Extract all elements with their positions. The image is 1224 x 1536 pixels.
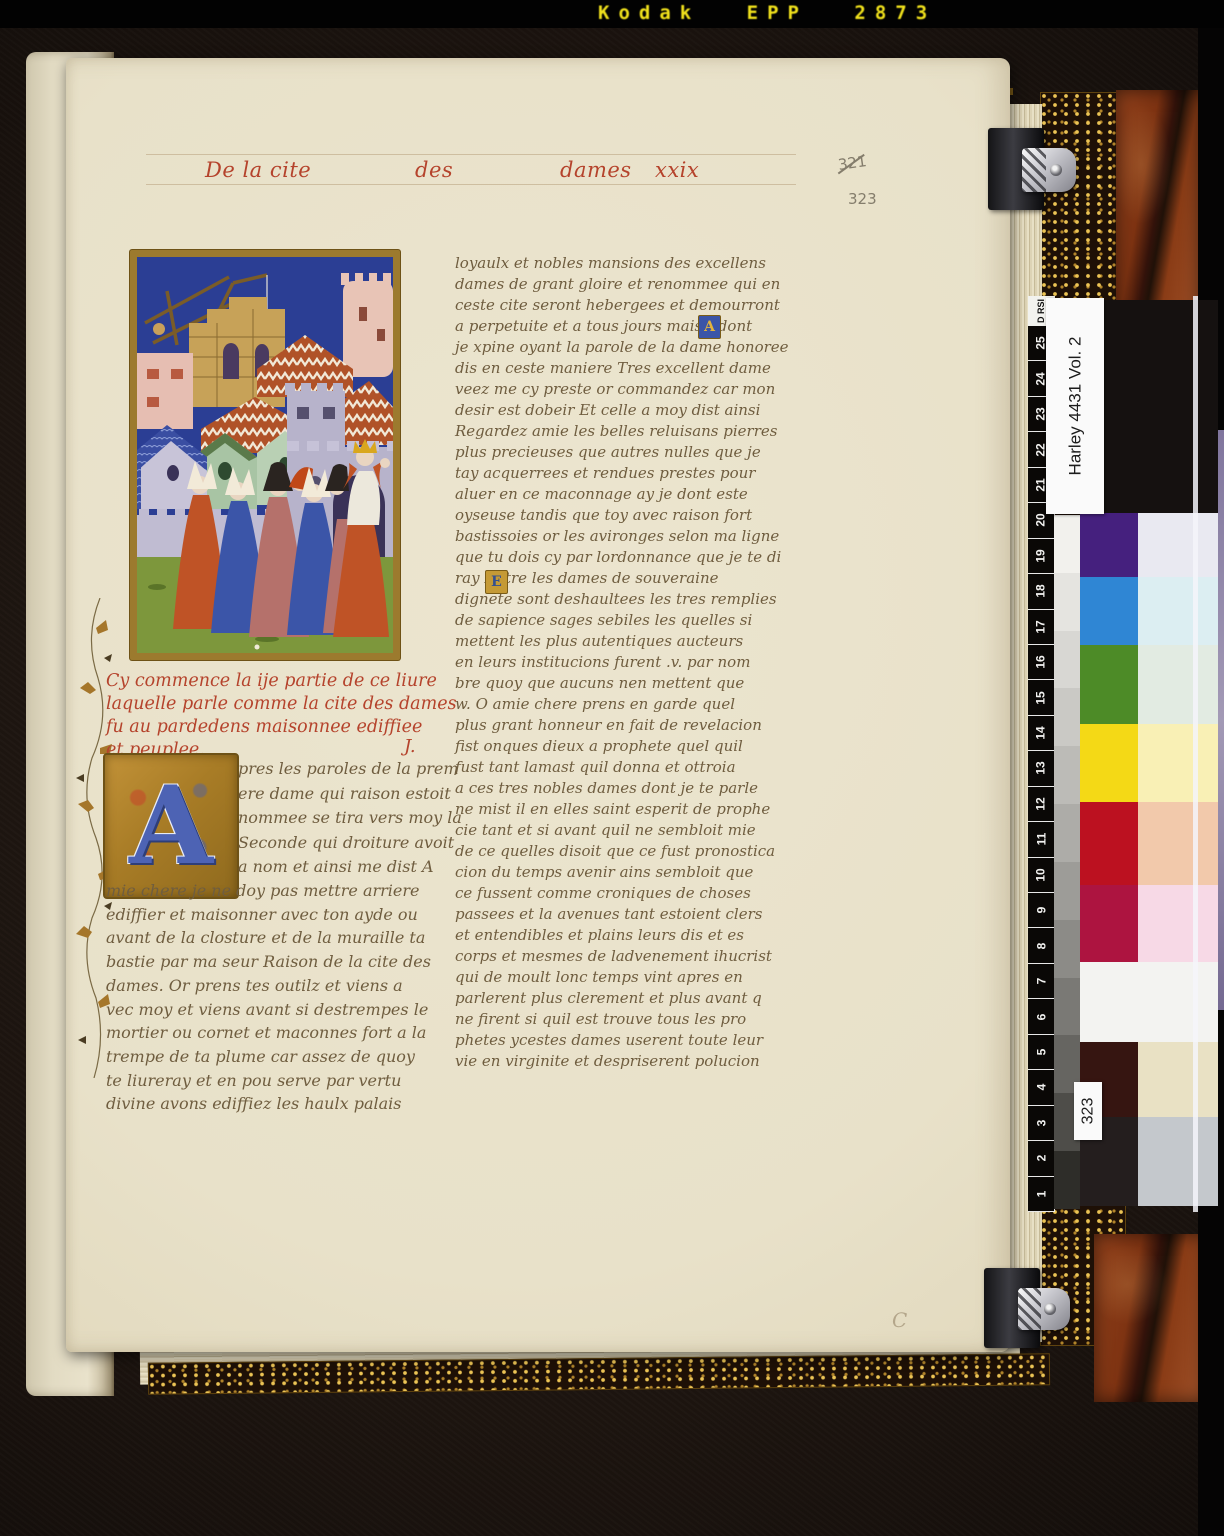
running-header-title: De la cite xyxy=(205,158,311,182)
text-line: fist onques dieux a prophete quel quil xyxy=(455,736,855,757)
folio-text: 323 xyxy=(1079,1098,1097,1125)
ruler-number-cell: 7 xyxy=(1028,964,1054,999)
ruler-number-cell: 18 xyxy=(1028,574,1054,609)
patch-row-red xyxy=(1080,802,1218,885)
ruler-number-cell: 9 xyxy=(1028,893,1054,928)
ruler-number-cell: 10 xyxy=(1028,858,1054,893)
text-line: loyaulx et nobles mansions des excellens xyxy=(455,253,855,274)
text-line: ere dame qui raison estoit xyxy=(238,782,453,807)
text-line: parlerent plus clerement et plus avant q xyxy=(455,988,855,1009)
ruler-number-cell: 14 xyxy=(1028,716,1054,751)
grayscale-step xyxy=(1054,804,1080,862)
patch-purple-pale xyxy=(1138,513,1218,577)
text-line: de ce quelles disoit que ce fust pronost… xyxy=(455,841,855,862)
film-label: Kodak EPP 2873 xyxy=(598,2,936,24)
grayscale-step xyxy=(1054,1151,1080,1209)
text-line: a ces tres nobles dames dont je te parle xyxy=(455,778,855,799)
ruler-number: 9 xyxy=(1034,907,1048,914)
patch-gray-black-pale xyxy=(1138,1117,1218,1206)
ruler-number: 5 xyxy=(1034,1049,1048,1056)
ruler-number: 3 xyxy=(1034,1120,1048,1127)
pencil-foliation: 323 xyxy=(848,190,877,208)
miniature-art xyxy=(137,257,393,653)
mason-figure xyxy=(153,323,165,335)
pencil-foliation-old: 321 xyxy=(837,152,868,174)
ruler-number: 18 xyxy=(1034,585,1048,598)
pink-tower xyxy=(341,273,393,377)
ruler-number-cell: 3 xyxy=(1028,1106,1054,1141)
text-line: ne mist il en elles saint esperit de pro… xyxy=(455,799,855,820)
folio-label: 323 xyxy=(1074,1082,1102,1140)
ruler-number-cell: 4 xyxy=(1028,1070,1054,1105)
ruler-number: 10 xyxy=(1034,868,1048,881)
grayscale-step xyxy=(1054,978,1080,1036)
ruler-number: 13 xyxy=(1034,762,1048,775)
patch-blue-pale xyxy=(1138,577,1218,645)
color-calibration-bar: D RSI 2524232221201918171615141312111098… xyxy=(1028,296,1192,1212)
text-line: trempe de ta plume car assez de quoy xyxy=(106,1045,456,1069)
grayscale-step xyxy=(1054,573,1080,631)
text-line: dames. Or prens tes outilz et viens a xyxy=(106,974,456,998)
text-line: bastissoies or les avironges selon ma li… xyxy=(455,526,855,547)
running-header-dames: dames xyxy=(560,158,632,182)
right-column-text: A E loyaulx et nobles mansions des excel… xyxy=(455,253,855,1072)
ruler-number: 12 xyxy=(1034,797,1048,810)
text-line: plus precieuses que autres nulles que je xyxy=(455,442,855,463)
patch-green-pale xyxy=(1138,645,1218,724)
champ-initial-e: E xyxy=(485,570,508,594)
text-line: a perpetuite et a tous jours mais Adont xyxy=(455,316,855,337)
text-line: oyseuse tandis que toy avec raison fort xyxy=(455,505,855,526)
grayscale-step xyxy=(1054,920,1080,978)
miniature-city-of-ladies xyxy=(130,250,400,660)
running-header-chapter: xxix xyxy=(655,158,699,182)
text-line: mettent les plus autentiques aucteurs xyxy=(455,631,855,652)
ruled-line xyxy=(146,154,796,155)
text-line: que tu dois cy par lordonnance que je te… xyxy=(455,547,855,568)
patch-blue xyxy=(1080,577,1138,645)
quire-mark: C xyxy=(892,1308,907,1332)
binder-clip-bottom-handle xyxy=(1018,1288,1070,1330)
ruler-number-cell: 8 xyxy=(1028,928,1054,963)
text-line: ne firent si quil est trouve tous les pr… xyxy=(455,1009,855,1030)
running-header-des: des xyxy=(415,158,453,182)
text-line: Regardez amie les belles reluisans pierr… xyxy=(455,421,855,442)
ruler-number: 4 xyxy=(1034,1084,1048,1091)
ruler-number: 19 xyxy=(1034,549,1048,562)
patch-row-purple xyxy=(1080,513,1218,577)
text-line: desir est dobeir Et celle a moy dist ain… xyxy=(455,400,855,421)
ruler-number-cell: 15 xyxy=(1028,680,1054,715)
text-line: en leurs institucions furent .v. par nom xyxy=(455,652,855,673)
rubric: Cy commence la ije partie de ce liurelaq… xyxy=(106,670,436,762)
rubric-line: laquelle parle comme la cite des dames xyxy=(106,693,436,716)
rubric-line: Cy commence la ije partie de ce liure xyxy=(106,670,436,693)
patch-magenta-pale xyxy=(1138,885,1218,962)
text-line: te liureray et en pou serve par vertu xyxy=(106,1069,456,1093)
patch-purple xyxy=(1080,513,1138,577)
ruler-number: 15 xyxy=(1034,691,1048,704)
leather-cover-bottom xyxy=(1094,1234,1206,1402)
patch-white xyxy=(1080,962,1218,1042)
text-line: a nom et ainsi me dist A xyxy=(238,855,453,880)
ruler-number: 20 xyxy=(1034,514,1048,527)
text-line: avant de la closture et de la muraille t… xyxy=(106,926,456,950)
ruler-number-cell: 13 xyxy=(1028,751,1054,786)
ruler-number-cell: 2 xyxy=(1028,1141,1054,1176)
pink-house xyxy=(137,353,193,429)
patch-yellow-pale xyxy=(1138,724,1218,802)
left-column-beside-initial: pres les paroles de la premere dame qui … xyxy=(238,757,453,880)
binder-clip-top-handle xyxy=(1022,148,1076,192)
patch-row-yellow xyxy=(1080,724,1218,802)
text-line: Seconde qui droiture avoit xyxy=(238,831,453,856)
grayscale-step xyxy=(1054,746,1080,804)
patch-yellow xyxy=(1080,724,1138,802)
illuminated-initial: A xyxy=(103,753,239,899)
shelfmark-text: Harley 4431 Vol. 2 xyxy=(1065,337,1085,476)
text-line: pres les paroles de la prem xyxy=(238,757,453,782)
grayscale-step xyxy=(1054,515,1080,573)
patch-row-blue xyxy=(1080,577,1218,645)
text-line: qui de moult lonc temps vint apres en xyxy=(455,967,855,988)
text-line: bastie par ma seur Raison de la cite des xyxy=(106,950,456,974)
text-line: tay acquerrees et rendues prestes pour xyxy=(455,463,855,484)
ruler-number-cell: 5 xyxy=(1028,1035,1054,1070)
text-line: dignete sont deshaultees les tres rempli… xyxy=(455,589,855,610)
text-line: mie chere je ne doy pas mettre arriere xyxy=(106,879,456,903)
text-line: cie tant et si avant quil ne sembloit mi… xyxy=(455,820,855,841)
text-line: vec moy et viens avant si destrempes le xyxy=(106,998,456,1022)
film-strip: Kodak EPP 2873 xyxy=(0,0,1224,28)
text-line: bre quoy que aucuns nen mettent que xyxy=(455,673,855,694)
ruler-number: 1 xyxy=(1034,1190,1048,1197)
shelfmark-label: Harley 4431 Vol. 2 xyxy=(1046,298,1104,514)
ruler-number: 8 xyxy=(1034,942,1048,949)
text-line: plus grant honneur en fait de revelacion xyxy=(455,715,855,736)
photo-scene: Kodak EPP 2873 De la cite des dames xxix… xyxy=(0,0,1224,1536)
ruler-number-cell: 19 xyxy=(1028,539,1054,574)
text-line: phetes ycestes dames userent toute leur xyxy=(455,1030,855,1051)
ruler-number: 2 xyxy=(1034,1155,1048,1162)
text-line: cion du temps avenir ains sembloit que xyxy=(455,862,855,883)
text-line: et entendibles et plains leurs dis et es xyxy=(455,925,855,946)
ruler-number: 17 xyxy=(1034,620,1048,633)
text-line: divine avons ediffiez les haulx palais xyxy=(106,1092,456,1116)
patch-row-magenta xyxy=(1080,885,1218,962)
text-line: vie en virginite et despriserent polucio… xyxy=(455,1051,855,1072)
ruler-number-cell: 1 xyxy=(1028,1177,1054,1212)
text-line: veez me cy preste or commandez car mon xyxy=(455,379,855,400)
patch-dark-brown-pale xyxy=(1138,1042,1218,1117)
ruler-number-cell: 17 xyxy=(1028,610,1054,645)
rubric-line: fu au pardedens maisonnee ediffiee xyxy=(106,716,436,739)
text-line: ediffier et maisonner avec ton ayde ou xyxy=(106,903,456,927)
text-line: mortier ou cornet et maconnes fort a la xyxy=(106,1021,456,1045)
grayscale-step xyxy=(1054,688,1080,746)
text-line: ceste cite seront hebergees et demourron… xyxy=(455,295,855,316)
ruler-number: 14 xyxy=(1034,726,1048,739)
ruler-number-cell: 16 xyxy=(1028,645,1054,680)
text-line: aluer en ce maconnage ay je dont este xyxy=(455,484,855,505)
text-line: nommee se tira vers moy la xyxy=(238,806,453,831)
ruler-number-cell: 12 xyxy=(1028,787,1054,822)
ruler-number: 6 xyxy=(1034,1013,1048,1020)
ruler-number: 16 xyxy=(1034,655,1048,668)
ruled-line xyxy=(146,184,796,185)
grayscale-step xyxy=(1054,862,1080,920)
text-line: ce fussent comme croniques de choses xyxy=(455,883,855,904)
patch-red xyxy=(1080,802,1138,885)
initial-letter: A xyxy=(129,772,213,880)
ruler-number: 7 xyxy=(1034,978,1048,985)
text-line: ray Entre les dames de souveraine xyxy=(455,568,855,589)
champ-initial-a: A xyxy=(698,315,721,339)
ruler-top-label: D RSI xyxy=(1036,299,1046,323)
text-line: corps et mesmes de ladvenement ihucrist xyxy=(455,946,855,967)
grayscale-step xyxy=(1054,631,1080,689)
text-line: dames de grant gloire et renommee qui en xyxy=(455,274,855,295)
text-line: fust tant lamast quil donna et ottroia xyxy=(455,757,855,778)
left-column-text: mie chere je ne doy pas mettre arriereed… xyxy=(106,879,456,1116)
text-line: de sapience sages sebiles les quelles si xyxy=(455,610,855,631)
ruler-number-cell: 6 xyxy=(1028,999,1054,1034)
manuscript-page: De la cite des dames xxix 321 323 xyxy=(66,58,1010,1352)
rubric-end-mark: J. xyxy=(404,736,416,757)
ruler-number-cell: 11 xyxy=(1028,822,1054,857)
text-line: passees et la avenues tant estoient cler… xyxy=(455,904,855,925)
text-line: w. O amie chere prens en garde quel xyxy=(455,694,855,715)
patch-magenta xyxy=(1080,885,1138,962)
ruler-number: 11 xyxy=(1034,833,1048,846)
patch-green xyxy=(1080,645,1138,724)
text-line: je xpine oyant la parole de la dame hono… xyxy=(455,337,855,358)
patch-row-white xyxy=(1080,962,1218,1042)
patch-row-green xyxy=(1080,645,1218,724)
text-line: dis en ceste maniere Tres excellent dame xyxy=(455,358,855,379)
patch-red-pale xyxy=(1138,802,1218,885)
